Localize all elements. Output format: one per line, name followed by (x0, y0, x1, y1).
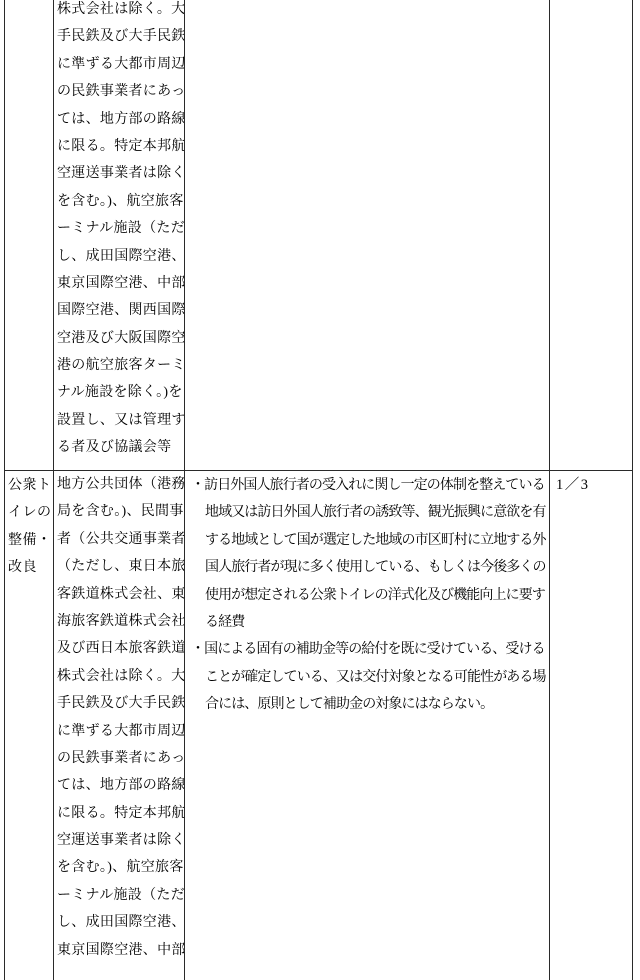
text-line: ては、地方部の路線 (57, 106, 183, 133)
text-line: 合には、原則として補助金の対象にはならない。 (191, 691, 547, 718)
text-line: 及び西日本旅客鉄道 (57, 635, 183, 662)
text-line: し、成田国際空港、 (57, 243, 183, 270)
text-line: に限る。特定本邦航 (57, 800, 183, 827)
text-line: ・国による固有の補助金等の給付を既に受けている、受ける (191, 636, 547, 663)
subsidy-rate-value (556, 1, 632, 28)
table-row-continuation: 株式会社は除く。大手民鉄及び大手民鉄に準ずる大都市周辺の民鉄事業者にあっては、地… (4, 0, 633, 470)
text-line: 国人旅行者が現に多く使用している、もしくは今後多くの (191, 554, 547, 581)
text-line: る者及び協議会等 (57, 434, 183, 461)
text-line: 空運送事業者は除く。) (57, 160, 183, 187)
text-line: 設置し、又は管理す (57, 407, 183, 434)
text-line: 港の航空旅客ターミ (57, 352, 183, 379)
text-line: 使用が想定される公衆トイレの洋式化及び機能向上に要す (191, 582, 547, 609)
text-line: し、成田国際空港、 (57, 909, 183, 936)
subsidy-rate-cell (550, 0, 632, 470)
text-line: 局を含む。)、民間事業 (57, 498, 183, 525)
table-row-public-toilet: 公衆トイレの整備・改良 地方公共団体（港務局を含む。)、民間事業者（公共交通事業… (4, 470, 633, 980)
text-line: の民鉄事業者にあっ (57, 78, 183, 105)
text-line: 国際空港、関西国際 (57, 297, 183, 324)
text-line: 整備・ (8, 527, 53, 554)
text-line: 手民鉄及び大手民鉄 (57, 690, 183, 717)
text-line: ーミナル施設（ただ (57, 882, 183, 909)
text-line: 海旅客鉄道株式会社 (57, 608, 183, 635)
eligible-operators-cell: 株式会社は除く。大手民鉄及び大手民鉄に準ずる大都市周辺の民鉄事業者にあっては、地… (54, 0, 185, 470)
text-line: ことが確定している、又は交付対象となる可能性がある場 (191, 664, 547, 691)
text-line: イレの (8, 499, 53, 526)
text-line: に準ずる大都市周辺 (57, 51, 183, 78)
text-line: の民鉄事業者にあっ (57, 745, 183, 772)
text-line: を含む。)、航空旅客タ (57, 188, 183, 215)
text-line: ナル施設を除く。)を (57, 379, 183, 406)
eligible-operators-cell: 地方公共団体（港務局を含む。)、民間事業者（公共交通事業者（ただし、東日本旅客鉄… (54, 471, 185, 980)
text-line: 公衆ト (8, 472, 53, 499)
category-cell (5, 0, 54, 470)
subsidy-conditions-cell (185, 0, 550, 470)
text-line: ては、地方部の路線 (57, 772, 183, 799)
category-cell: 公衆トイレの整備・改良 (5, 471, 54, 980)
text-line: ーミナル施設（ただ (57, 215, 183, 242)
text-line: 地域又は訪日外国人旅行者の誘致等、観光振興に意欲を有 (191, 499, 547, 526)
text-line: 地方公共団体（港務 (57, 471, 183, 498)
subsidy-conditions-cell: ・訪日外国人旅行者の受入れに関し一定の体制を整えている地域又は訪日外国人旅行者の… (185, 471, 550, 980)
text-line: 客鉄道株式会社、東 (57, 581, 183, 608)
text-line: 東京国際空港、中部 (57, 937, 183, 964)
subsidy-rate-value: 1／3 (556, 472, 632, 499)
text-line: 東京国際空港、中部 (57, 270, 183, 297)
text-line: 株式会社は除く。大 (57, 663, 183, 690)
text-line: （ただし、東日本旅 (57, 553, 183, 580)
text-line: 空運送事業者は除く。) (57, 827, 183, 854)
text-line: ・訪日外国人旅行者の受入れに関し一定の体制を整えている (191, 472, 547, 499)
text-line: に限る。特定本邦航 (57, 133, 183, 160)
text-line: に準ずる大都市周辺 (57, 718, 183, 745)
subsidy-rate-cell: 1／3 (550, 471, 632, 980)
text-line: る経費 (191, 609, 547, 636)
text-line: 改良 (8, 554, 53, 581)
text-line: 手民鉄及び大手民鉄 (57, 23, 183, 50)
document-page: 株式会社は除く。大手民鉄及び大手民鉄に準ずる大都市周辺の民鉄事業者にあっては、地… (0, 0, 640, 980)
text-line: を含む。)、航空旅客タ (57, 854, 183, 881)
text-line: 株式会社は除く。大 (57, 0, 183, 23)
text-line: する地域として国が選定した地域の市区町村に立地する外 (191, 527, 547, 554)
text-line: 者（公共交通事業者 (57, 526, 183, 553)
text-line: 空港及び大阪国際空 (57, 325, 183, 352)
